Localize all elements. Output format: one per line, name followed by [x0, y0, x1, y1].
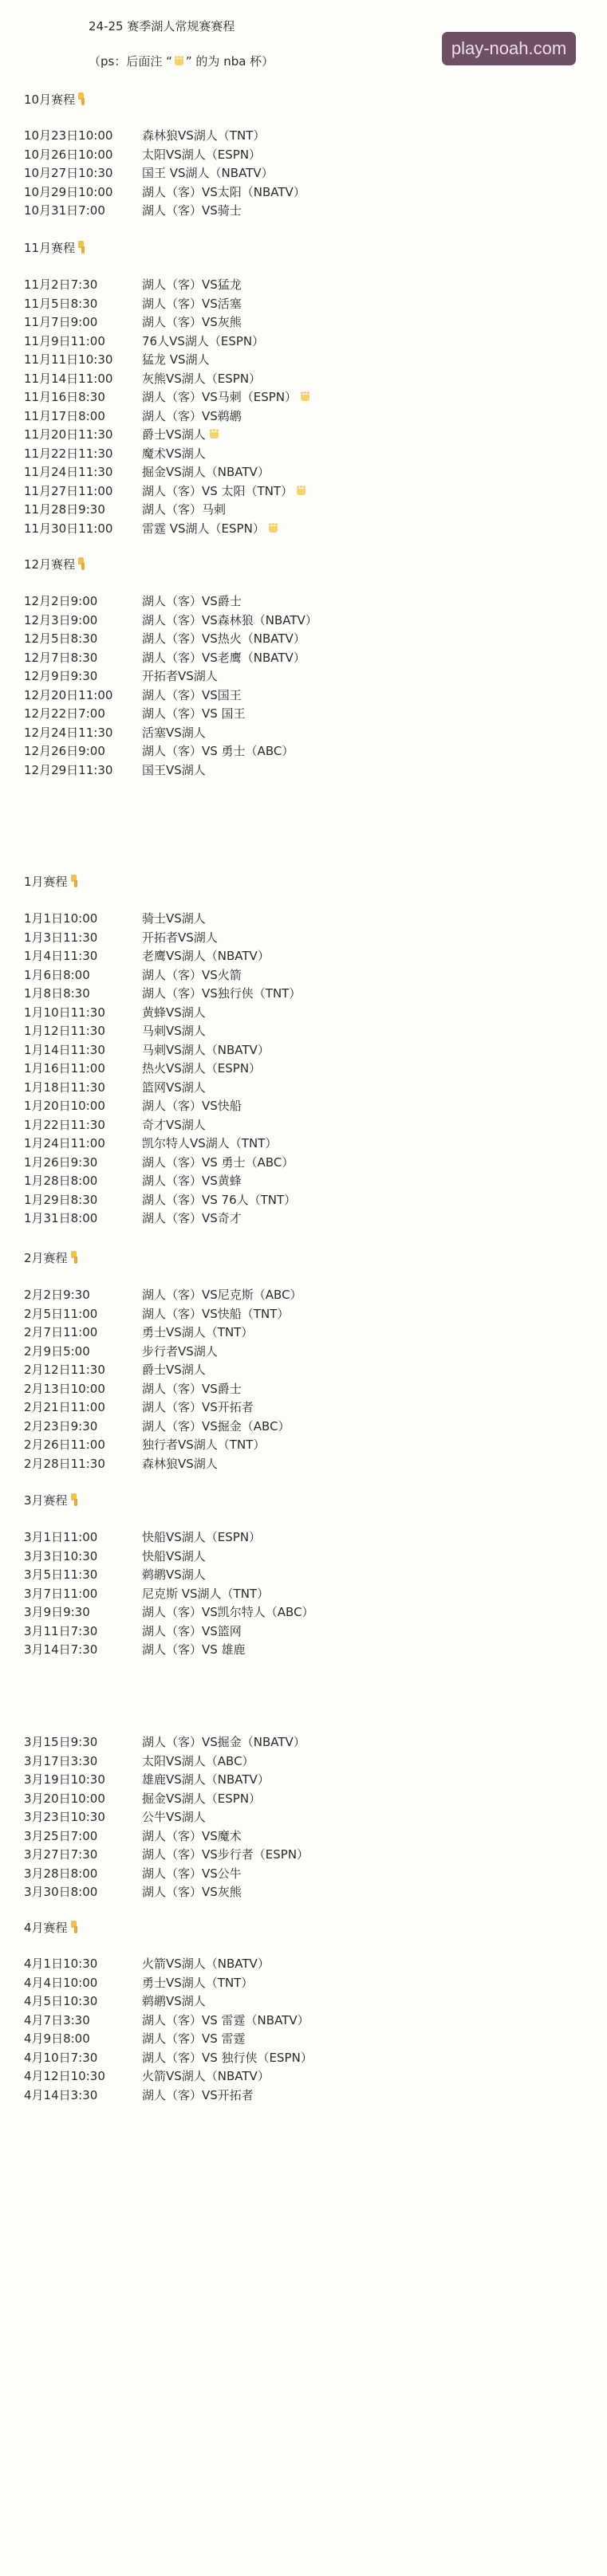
game-row: 1月18日11:30篮网VS湖人: [0, 1079, 607, 1098]
matchup-text: 湖人（客）VS掘金（NBATV）: [142, 1735, 305, 1749]
matchup-text: 湖人（客）VS猛龙: [142, 277, 242, 292]
game-row: 3月15日9:30湖人（客）VS掘金（NBATV）: [0, 1733, 607, 1752]
game-matchup: 爵士VS湖人: [142, 1361, 206, 1380]
game-row: 3月27日7:30湖人（客）VS步行者（ESPN）: [0, 1846, 607, 1865]
game-datetime: 1月1日10:00: [24, 910, 97, 929]
matchup-text: 国王 VS湖人（NBATV）: [142, 166, 274, 180]
game-row: 1月24日11:00凯尔特人VS湖人（TNT）: [0, 1135, 607, 1154]
matchup-text: 湖人（客）VS灰熊: [142, 1885, 242, 1899]
matchup-text: 湖人（客）VS 勇士（ABC）: [142, 744, 294, 758]
matchup-text: 太阳VS湖人（ESPN）: [142, 147, 261, 162]
game-datetime: 11月2日7:30: [24, 276, 97, 295]
game-row: 2月26日11:00独行者VS湖人（TNT）: [0, 1436, 607, 1455]
game-datetime: 4月4日10:00: [24, 1974, 97, 1993]
game-datetime: 3月23日10:30: [24, 1808, 105, 1827]
game-datetime: 2月21日11:00: [24, 1398, 105, 1418]
game-row: 2月2日9:30湖人（客）VS尼克斯（ABC）: [0, 1286, 607, 1305]
game-matchup: 湖人（客）VS灰熊: [142, 313, 242, 332]
cup-note-suffix: ” 的为 nba 杯）: [186, 54, 274, 69]
matchup-text: 活塞VS湖人: [142, 726, 206, 740]
game-row: 1月28日8:00湖人（客）VS黄蜂: [0, 1172, 607, 1191]
game-datetime: 3月30日8:00: [24, 1883, 97, 1902]
game-matchup: 湖人（客）VS开拓者: [142, 2086, 254, 2106]
game-datetime: 1月18日11:30: [24, 1079, 105, 1098]
game-matchup: 黄蜂VS湖人: [142, 1004, 206, 1023]
matchup-text: 湖人（客）VS灰熊: [142, 315, 242, 329]
game-datetime: 12月5日8:30: [24, 630, 97, 649]
pointing-down-icon: [70, 875, 80, 887]
matchup-text: 湖人（客）VS篮网: [142, 1624, 242, 1638]
game-row: 1月14日11:30马刺VS湖人（NBATV）: [0, 1041, 607, 1060]
game-matchup: 国王VS湖人: [142, 761, 206, 781]
game-row: 1月3日11:30开拓者VS湖人: [0, 929, 607, 948]
matchup-text: 猛龙 VS湖人: [142, 352, 210, 367]
matchup-text: 湖人（客）VS黄蜂: [142, 1174, 242, 1188]
game-datetime: 12月20日11:00: [24, 686, 112, 706]
game-datetime: 3月9日9:30: [24, 1603, 90, 1622]
game-matchup: 湖人（客）VS快船（TNT）: [142, 1305, 289, 1324]
matchup-text: 公牛VS湖人: [142, 1810, 206, 1824]
game-row: 1月10日11:30黄蜂VS湖人: [0, 1004, 607, 1023]
game-matchup: 湖人（客）VS尼克斯（ABC）: [142, 1286, 302, 1305]
game-row: 11月22日11:30魔术VS湖人: [0, 445, 607, 464]
game-matchup: 凯尔特人VS湖人（TNT）: [142, 1135, 277, 1154]
game-datetime: 3月17日3:30: [24, 1752, 97, 1772]
game-matchup: 湖人（客）VS掘金（ABC）: [142, 1418, 290, 1437]
nba-cup-crown-icon: [268, 523, 278, 533]
game-datetime: 1月4日11:30: [24, 947, 97, 966]
matchup-text: 尼克斯 VS湖人（TNT）: [142, 1587, 269, 1601]
game-row: 2月5日11:00湖人（客）VS快船（TNT）: [0, 1305, 607, 1324]
game-matchup: 太阳VS湖人（ESPN）: [142, 146, 261, 165]
game-datetime: 11月20日11:30: [24, 426, 112, 445]
game-datetime: 1月20日10:00: [24, 1097, 105, 1116]
month-label: 4月赛程: [24, 1921, 68, 1935]
game-datetime: 3月28日8:00: [24, 1865, 97, 1884]
game-row: 4月14日3:30湖人（客）VS开拓者: [0, 2086, 607, 2106]
game-matchup: 湖人（客）马刺: [142, 501, 226, 520]
game-row: 3月25日7:00湖人（客）VS魔术: [0, 1827, 607, 1846]
game-datetime: 11月24日11:30: [24, 463, 112, 482]
game-row: 2月28日11:30森林狼VS湖人: [0, 1455, 607, 1474]
game-datetime: 3月3日10:30: [24, 1548, 97, 1567]
game-row: 11月28日9:30湖人（客）马刺: [0, 501, 607, 520]
game-row: 3月30日8:00湖人（客）VS灰熊: [0, 1883, 607, 1902]
game-row: 1月6日8:00湖人（客）VS火箭: [0, 966, 607, 985]
game-matchup: 湖人（客）VS灰熊: [142, 1883, 242, 1902]
pointing-down-icon: [77, 92, 87, 105]
matchup-text: 湖人（客）VS 勇士（ABC）: [142, 1155, 294, 1170]
game-matchup: 湖人（客）VS活塞: [142, 295, 242, 314]
game-row: 4月7日3:30湖人（客）VS 雷霆（NBATV）: [0, 2012, 607, 2031]
game-row: 4月9日8:00湖人（客）VS 雷霆: [0, 2030, 607, 2049]
game-matchup: 太阳VS湖人（ABC）: [142, 1752, 254, 1772]
game-row: 3月11日7:30湖人（客）VS篮网: [0, 1622, 607, 1642]
game-datetime: 2月12日11:30: [24, 1361, 105, 1380]
game-matchup: 湖人（客）VS爵士: [142, 1380, 242, 1399]
game-matchup: 湖人（客）VS凯尔特人（ABC）: [142, 1603, 314, 1622]
matchup-text: 黄蜂VS湖人: [142, 1005, 206, 1020]
matchup-text: 湖人（客）VS骑士: [142, 203, 242, 218]
cup-note-prefix: （ps：后面注 “: [89, 54, 172, 69]
game-matchup: 开拓者VS湖人: [142, 667, 218, 686]
game-datetime: 11月11日10:30: [24, 351, 112, 370]
game-row: 11月5日8:30湖人（客）VS活塞: [0, 295, 607, 314]
game-matchup: 湖人（客）VS爵士: [142, 592, 242, 612]
game-datetime: 3月15日9:30: [24, 1733, 97, 1752]
game-matchup: 湖人（客）VS独行侠（TNT）: [142, 985, 301, 1004]
game-matchup: 魔术VS湖人: [142, 445, 206, 464]
game-matchup: 独行者VS湖人（TNT）: [142, 1436, 265, 1455]
matchup-text: 湖人（客）VS独行侠（TNT）: [142, 986, 301, 1001]
matchup-text: 湖人（客）VS太阳（NBATV）: [142, 185, 305, 199]
game-row: 4月12日10:30火箭VS湖人（NBATV）: [0, 2067, 607, 2086]
game-datetime: 1月22日11:30: [24, 1116, 105, 1135]
game-datetime: 4月7日3:30: [24, 2012, 90, 2031]
matchup-text: 独行者VS湖人（TNT）: [142, 1437, 265, 1452]
game-datetime: 1月3日11:30: [24, 929, 97, 948]
matchup-text: 灰熊VS湖人（ESPN）: [142, 372, 261, 386]
game-row: 12月3日9:00湖人（客）VS森林狼（NBATV）: [0, 612, 607, 631]
game-matchup: 老鹰VS湖人（NBATV）: [142, 947, 270, 966]
game-matchup: 湖人（客）VS鹈鹕: [142, 407, 242, 427]
game-matchup: 快船VS湖人: [142, 1548, 206, 1567]
game-row: 11月11日10:30猛龙 VS湖人: [0, 351, 607, 370]
game-datetime: 12月9日9:30: [24, 667, 97, 686]
game-list-oct: 10月23日10:00森林狼VS湖人（TNT）10月26日10:00太阳VS湖人…: [0, 127, 607, 221]
game-matchup: 马刺VS湖人（NBATV）: [142, 1041, 270, 1060]
game-row: 10月26日10:00太阳VS湖人（ESPN）: [0, 146, 607, 165]
matchup-text: 马刺VS湖人（NBATV）: [142, 1043, 270, 1057]
month-label: 12月赛程: [24, 557, 75, 572]
game-row: 12月7日8:30湖人（客）VS老鹰（NBATV）: [0, 649, 607, 668]
month-header-mar: 3月赛程: [24, 1492, 80, 1508]
matchup-text: 湖人（客）VS开拓者: [142, 1400, 254, 1414]
game-matchup: 湖人（客）VS步行者（ESPN）: [142, 1846, 309, 1865]
game-matchup: 湖人（客）VS掘金（NBATV）: [142, 1733, 305, 1752]
game-datetime: 3月14日7:30: [24, 1641, 97, 1660]
game-datetime: 3月11日7:30: [24, 1622, 97, 1642]
matchup-text: 快船VS湖人: [142, 1549, 206, 1563]
game-datetime: 3月19日10:30: [24, 1771, 105, 1790]
matchup-text: 开拓者VS湖人: [142, 669, 218, 683]
matchup-text: 森林狼VS湖人（TNT）: [142, 128, 265, 143]
matchup-text: 湖人（客）VS掘金（ABC）: [142, 1419, 290, 1434]
game-list-nov: 11月2日7:30湖人（客）VS猛龙11月5日8:30湖人（客）VS活塞11月7…: [0, 276, 607, 538]
game-matchup: 湖人（客）VS森林狼（NBATV）: [142, 612, 317, 631]
game-list-jan: 1月1日10:00骑士VS湖人1月3日11:30开拓者VS湖人1月4日11:30…: [0, 910, 607, 1229]
game-matchup: 掘金VS湖人（NBATV）: [142, 463, 270, 482]
nba-cup-crown-icon: [209, 429, 219, 439]
game-row: 1月20日10:00湖人（客）VS快船: [0, 1097, 607, 1116]
matchup-text: 勇士VS湖人（TNT）: [142, 1325, 253, 1339]
matchup-text: 湖人（客）VS魔术: [142, 1829, 242, 1843]
game-row: 3月5日11:30鹈鹕VS湖人: [0, 1566, 607, 1585]
game-matchup: 火箭VS湖人（NBATV）: [142, 2067, 270, 2086]
matchup-text: 森林狼VS湖人: [142, 1457, 218, 1471]
game-datetime: 1月8日8:30: [24, 985, 90, 1004]
pointing-down-icon: [70, 1493, 80, 1506]
game-row: 3月20日10:00掘金VS湖人（ESPN）: [0, 1790, 607, 1809]
matchup-text: 湖人（客）VS 76人（TNT）: [142, 1193, 296, 1207]
game-datetime: 3月5日11:30: [24, 1566, 97, 1585]
game-datetime: 3月1日11:00: [24, 1528, 97, 1548]
game-datetime: 10月31日7:00: [24, 202, 105, 221]
matchup-text: 步行者VS湖人: [142, 1344, 218, 1359]
game-matchup: 湖人（客）VS 独行侠（ESPN）: [142, 2049, 313, 2068]
matchup-text: 勇士VS湖人（TNT）: [142, 1976, 253, 1990]
game-datetime: 12月22日7:00: [24, 705, 105, 724]
game-datetime: 4月10日7:30: [24, 2049, 97, 2068]
pointing-down-icon: [77, 241, 87, 254]
game-matchup: 湖人（客）VS骑士: [142, 202, 242, 221]
game-datetime: 4月12日10:30: [24, 2067, 105, 2086]
game-row: 1月8日8:30湖人（客）VS独行侠（TNT）: [0, 985, 607, 1004]
game-datetime: 1月26日9:30: [24, 1154, 97, 1173]
game-datetime: 12月3日9:00: [24, 612, 97, 631]
game-matchup: 湖人（客）VS快船: [142, 1097, 242, 1116]
game-matchup: 爵士VS湖人: [142, 426, 219, 445]
matchup-text: 湖人（客）VS快船（TNT）: [142, 1307, 289, 1321]
game-row: 2月13日10:00湖人（客）VS爵士: [0, 1380, 607, 1399]
game-matchup: 湖人（客）VS 太阳（TNT）: [142, 482, 306, 501]
game-matchup: 雄鹿VS湖人（NBATV）: [142, 1771, 270, 1790]
game-row: 11月17日8:00湖人（客）VS鹈鹕: [0, 407, 607, 427]
game-row: 2月9日5:00步行者VS湖人: [0, 1343, 607, 1362]
game-row: 3月9日9:30湖人（客）VS凯尔特人（ABC）: [0, 1603, 607, 1622]
game-datetime: 12月7日8:30: [24, 649, 97, 668]
game-row: 11月2日7:30湖人（客）VS猛龙: [0, 276, 607, 295]
matchup-text: 湖人（客）VS火箭: [142, 968, 242, 982]
matchup-text: 湖人（客）VS热火（NBATV）: [142, 631, 305, 646]
month-header-feb: 2月赛程: [24, 1249, 80, 1266]
matchup-text: 马刺VS湖人: [142, 1024, 206, 1038]
game-matchup: 湖人（客）VS火箭: [142, 966, 242, 985]
matchup-text: 湖人（客）VS鹈鹕: [142, 409, 242, 423]
game-matchup: 湖人（客）VS 76人（TNT）: [142, 1191, 296, 1210]
game-row: 10月23日10:00森林狼VS湖人（TNT）: [0, 127, 607, 146]
game-matchup: 湖人（客）VS国王: [142, 686, 242, 706]
game-datetime: 11月7日9:00: [24, 313, 97, 332]
game-matchup: 猛龙 VS湖人: [142, 351, 210, 370]
game-row: 1月22日11:30奇才VS湖人: [0, 1116, 607, 1135]
crown-icon: [174, 56, 184, 66]
game-matchup: 马刺VS湖人: [142, 1022, 206, 1041]
game-row: 1月31日8:00湖人（客）VS奇才: [0, 1209, 607, 1229]
matchup-text: 奇才VS湖人: [142, 1118, 206, 1132]
game-datetime: 1月29日8:30: [24, 1191, 97, 1210]
game-row: 3月19日10:30雄鹿VS湖人（NBATV）: [0, 1771, 607, 1790]
game-datetime: 11月14日11:00: [24, 370, 112, 389]
game-datetime: 3月20日10:00: [24, 1790, 105, 1809]
game-matchup: 湖人（客）VS猛龙: [142, 276, 242, 295]
game-matchup: 湖人（客）VS黄蜂: [142, 1172, 242, 1191]
matchup-text: 雷霆 VS湖人（ESPN）: [142, 521, 265, 536]
game-row: 11月24日11:30掘金VS湖人（NBATV）: [0, 463, 607, 482]
game-matchup: 湖人（客）VS 雷霆（NBATV）: [142, 2012, 309, 2031]
game-matchup: 掘金VS湖人（ESPN）: [142, 1790, 261, 1809]
game-datetime: 2月23日9:30: [24, 1418, 97, 1437]
pointing-down-icon: [70, 1251, 80, 1264]
game-matchup: 鹈鹕VS湖人: [142, 1992, 206, 2012]
matchup-text: 湖人（客）VS 国王: [142, 706, 246, 721]
game-matchup: 湖人（客）VS 雄鹿: [142, 1641, 246, 1660]
matchup-text: 湖人（客）VS老鹰（NBATV）: [142, 651, 305, 665]
game-matchup: 湖人（客）VS篮网: [142, 1622, 242, 1642]
game-datetime: 1月24日11:00: [24, 1135, 105, 1154]
game-datetime: 10月23日10:00: [24, 127, 112, 146]
watermark-badge: play-noah.com: [442, 32, 576, 65]
matchup-text: 火箭VS湖人（NBATV）: [142, 1957, 270, 1971]
game-row: 10月31日7:00湖人（客）VS骑士: [0, 202, 607, 221]
game-row: 3月28日8:00湖人（客）VS公牛: [0, 1865, 607, 1884]
matchup-text: 湖人（客）VS 雷霆: [142, 2031, 246, 2046]
game-row: 11月27日11:00湖人（客）VS 太阳（TNT）: [0, 482, 607, 501]
game-row: 12月5日8:30湖人（客）VS热火（NBATV）: [0, 630, 607, 649]
game-row: 11月16日8:30湖人（客）VS马刺（ESPN）: [0, 388, 607, 407]
game-datetime: 2月9日5:00: [24, 1343, 90, 1362]
game-matchup: 篮网VS湖人: [142, 1079, 206, 1098]
game-row: 11月20日11:30爵士VS湖人: [0, 426, 607, 445]
game-matchup: 湖人（客）VS 勇士（ABC）: [142, 742, 294, 761]
game-row: 1月12日11:30马刺VS湖人: [0, 1022, 607, 1041]
game-datetime: 1月16日11:00: [24, 1060, 105, 1079]
game-row: 1月26日9:30湖人（客）VS 勇士（ABC）: [0, 1154, 607, 1173]
game-matchup: 公牛VS湖人: [142, 1808, 206, 1827]
game-matchup: 76人VS湖人（ESPN）: [142, 332, 264, 352]
game-row: 11月9日11:0076人VS湖人（ESPN）: [0, 332, 607, 352]
game-datetime: 4月14日3:30: [24, 2086, 97, 2106]
game-matchup: 热火VS湖人（ESPN）: [142, 1060, 261, 1079]
matchup-text: 湖人（客）VS 独行侠（ESPN）: [142, 2051, 313, 2065]
game-datetime: 11月17日8:00: [24, 407, 105, 427]
game-datetime: 3月27日7:30: [24, 1846, 97, 1865]
game-matchup: 湖人（客）VS魔术: [142, 1827, 242, 1846]
matchup-text: 湖人（客）VS 太阳（TNT）: [142, 484, 293, 498]
month-header-nov: 11月赛程: [24, 239, 87, 256]
game-datetime: 1月31日8:00: [24, 1209, 97, 1229]
matchup-text: 湖人（客）VS国王: [142, 688, 242, 702]
game-datetime: 1月12日11:30: [24, 1022, 105, 1041]
matchup-text: 76人VS湖人（ESPN）: [142, 334, 264, 348]
game-row: 11月30日11:00雷霆 VS湖人（ESPN）: [0, 520, 607, 539]
game-datetime: 2月2日9:30: [24, 1286, 90, 1305]
matchup-text: 湖人（客）VS步行者（ESPN）: [142, 1847, 309, 1862]
game-row: 3月3日10:30快船VS湖人: [0, 1548, 607, 1567]
month-header-oct: 10月赛程: [24, 91, 87, 108]
matchup-text: 快船VS湖人（ESPN）: [142, 1530, 261, 1544]
matchup-text: 湖人（客）VS爵士: [142, 1382, 242, 1396]
game-datetime: 11月9日11:00: [24, 332, 105, 352]
matchup-text: 魔术VS湖人: [142, 446, 206, 461]
game-datetime: 11月16日8:30: [24, 388, 105, 407]
game-list-mar-continued: 3月15日9:30湖人（客）VS掘金（NBATV）3月17日3:30太阳VS湖人…: [0, 1733, 607, 1902]
game-row: 2月7日11:00勇士VS湖人（TNT）: [0, 1323, 607, 1343]
game-datetime: 10月27日10:30: [24, 164, 112, 183]
game-matchup: 森林狼VS湖人: [142, 1455, 218, 1474]
game-row: 10月29日10:00湖人（客）VS太阳（NBATV）: [0, 183, 607, 203]
matchup-text: 篮网VS湖人: [142, 1080, 206, 1095]
game-datetime: 2月26日11:00: [24, 1436, 105, 1455]
matchup-text: 国王VS湖人: [142, 763, 206, 777]
game-row: 1月16日11:00热火VS湖人（ESPN）: [0, 1060, 607, 1079]
month-label: 1月赛程: [24, 875, 68, 889]
game-datetime: 3月7日11:00: [24, 1585, 97, 1604]
matchup-text: 凯尔特人VS湖人（TNT）: [142, 1136, 277, 1150]
game-matchup: 奇才VS湖人: [142, 1116, 206, 1135]
game-datetime: 3月25日7:00: [24, 1827, 97, 1846]
matchup-text: 湖人（客）VS森林狼（NBATV）: [142, 613, 317, 627]
game-matchup: 灰熊VS湖人（ESPN）: [142, 370, 261, 389]
game-datetime: 4月1日10:30: [24, 1955, 97, 1974]
game-datetime: 11月30日11:00: [24, 520, 112, 539]
game-matchup: 湖人（客）VS马刺（ESPN）: [142, 388, 310, 407]
game-matchup: 国王 VS湖人（NBATV）: [142, 164, 274, 183]
game-row: 2月23日9:30湖人（客）VS掘金（ABC）: [0, 1418, 607, 1437]
matchup-text: 鹈鹕VS湖人: [142, 1567, 206, 1582]
matchup-text: 火箭VS湖人（NBATV）: [142, 2069, 270, 2083]
game-matchup: 湖人（客）VS奇才: [142, 1209, 242, 1229]
matchup-text: 开拓者VS湖人: [142, 930, 218, 945]
game-datetime: 12月24日11:30: [24, 724, 112, 743]
game-row: 4月10日7:30湖人（客）VS 独行侠（ESPN）: [0, 2049, 607, 2068]
game-row: 2月12日11:30爵士VS湖人: [0, 1361, 607, 1380]
game-datetime: 1月6日8:00: [24, 966, 90, 985]
month-header-jan: 1月赛程: [24, 873, 80, 890]
matchup-text: 湖人（客）VS尼克斯（ABC）: [142, 1288, 302, 1302]
month-header-apr: 4月赛程: [24, 1919, 80, 1936]
month-label: 10月赛程: [24, 92, 75, 107]
game-datetime: 12月2日9:00: [24, 592, 97, 612]
game-row: 3月7日11:00尼克斯 VS湖人（TNT）: [0, 1585, 607, 1604]
game-matchup: 湖人（客）VS太阳（NBATV）: [142, 183, 305, 203]
game-datetime: 2月28日11:30: [24, 1455, 105, 1474]
game-matchup: 快船VS湖人（ESPN）: [142, 1528, 261, 1548]
game-datetime: 11月5日8:30: [24, 295, 97, 314]
game-row: 4月5日10:30鹈鹕VS湖人: [0, 1992, 607, 2012]
game-row: 4月1日10:30火箭VS湖人（NBATV）: [0, 1955, 607, 1974]
matchup-text: 湖人（客）VS活塞: [142, 297, 242, 311]
nba-cup-crown-icon: [296, 486, 306, 496]
game-row: 12月2日9:00湖人（客）VS爵士: [0, 592, 607, 612]
matchup-text: 湖人（客）VS开拓者: [142, 2088, 254, 2102]
game-datetime: 12月29日11:30: [24, 761, 112, 781]
game-matchup: 活塞VS湖人: [142, 724, 206, 743]
game-datetime: 1月14日11:30: [24, 1041, 105, 1060]
game-matchup: 勇士VS湖人（TNT）: [142, 1974, 253, 1993]
matchup-text: 湖人（客）VS凯尔特人（ABC）: [142, 1605, 314, 1619]
matchup-text: 骑士VS湖人: [142, 911, 206, 926]
game-datetime: 11月28日9:30: [24, 501, 105, 520]
page-title: 24-25 赛季湖人常规赛赛程: [89, 18, 235, 34]
matchup-text: 湖人（客）VS爵士: [142, 594, 242, 608]
month-header-dec: 12月赛程: [24, 556, 87, 572]
game-matchup: 骑士VS湖人: [142, 910, 206, 929]
pointing-down-icon: [77, 557, 87, 570]
matchup-text: 太阳VS湖人（ABC）: [142, 1754, 254, 1768]
game-row: 12月24日11:30活塞VS湖人: [0, 724, 607, 743]
game-row: 3月17日3:30太阳VS湖人（ABC）: [0, 1752, 607, 1772]
game-matchup: 湖人（客）VS 勇士（ABC）: [142, 1154, 294, 1173]
game-matchup: 雷霆 VS湖人（ESPN）: [142, 520, 278, 539]
game-row: 3月14日7:30湖人（客）VS 雄鹿: [0, 1641, 607, 1660]
game-list-mar: 3月1日11:00快船VS湖人（ESPN）3月3日10:30快船VS湖人3月5日…: [0, 1528, 607, 1660]
game-row: 4月4日10:00勇士VS湖人（TNT）: [0, 1974, 607, 1993]
month-label: 11月赛程: [24, 241, 75, 255]
game-matchup: 鹈鹕VS湖人: [142, 1566, 206, 1585]
game-row: 3月1日11:00快船VS湖人（ESPN）: [0, 1528, 607, 1548]
matchup-text: 湖人（客）VS公牛: [142, 1866, 242, 1881]
